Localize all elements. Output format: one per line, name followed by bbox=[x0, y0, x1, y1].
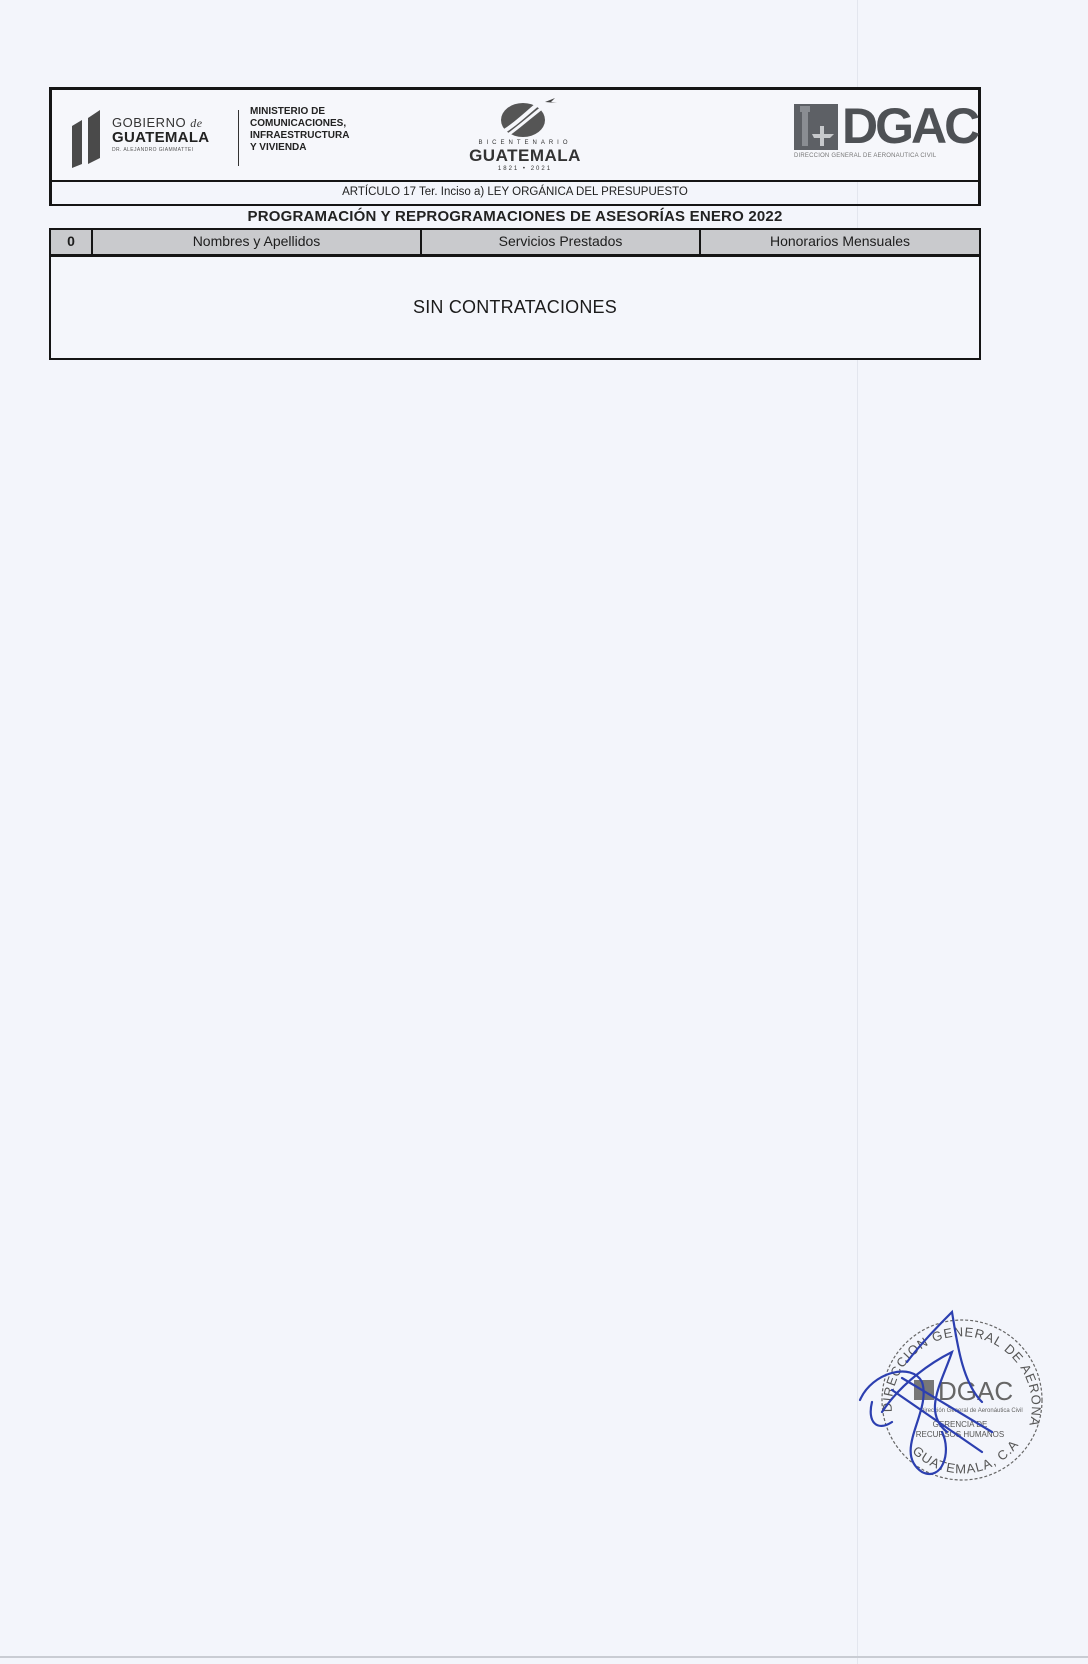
page-bottom-edge bbox=[0, 1656, 1088, 1658]
document-title: PROGRAMACIÓN Y REPROGRAMACIONES DE ASESO… bbox=[49, 206, 981, 228]
ministerio-name: MINISTERIO DE COMUNICACIONES, INFRAESTRU… bbox=[250, 106, 349, 154]
svg-text:DGAC: DGAC bbox=[938, 1376, 1013, 1406]
bicentenario-years: 1821 • 2021 bbox=[450, 166, 600, 172]
official-stamp-signature: DIRECCION GENERAL DE AERONAUTICA CIVIL G… bbox=[852, 1282, 1062, 1492]
column-header-servicios: Servicios Prestados bbox=[420, 230, 699, 254]
dgac-acronym: DGAC bbox=[842, 98, 977, 154]
dgac-tower-icon bbox=[794, 104, 838, 150]
stamp-icon: DIRECCION GENERAL DE AERONAUTICA CIVIL G… bbox=[852, 1282, 1044, 1480]
asesorias-table: 0 Nombres y Apellidos Servicios Prestado… bbox=[49, 228, 981, 360]
column-header-honorarios: Honorarios Mensuales bbox=[699, 230, 979, 254]
table-body: SIN CONTRATACIONES bbox=[51, 257, 979, 358]
gobierno-guatemala-logo: GOBIERNO de GUATEMALA DR. ALEJANDRO GIAM… bbox=[70, 102, 370, 172]
bicentenario-emblem-icon bbox=[485, 96, 565, 140]
column-header-nombres: Nombres y Apellidos bbox=[91, 230, 420, 254]
empty-message: SIN CONTRATACIONES bbox=[413, 297, 617, 318]
logo-divider bbox=[238, 110, 239, 166]
document: GOBIERNO de GUATEMALA DR. ALEJANDRO GIAM… bbox=[49, 87, 981, 360]
gobierno-bars-icon bbox=[70, 108, 104, 168]
gobierno-line3: DR. ALEJANDRO GIAMMATTEI bbox=[112, 147, 209, 153]
articulo-reference: ARTÍCULO 17 Ter. Inciso a) LEY ORGÁNICA … bbox=[49, 182, 981, 206]
dgac-logo: DGAC DIRECCION GENERAL DE AERONAUTICA CI… bbox=[794, 104, 954, 164]
bicentenario-logo: BICENTENARIO GUATEMALA 1821 • 2021 bbox=[450, 96, 610, 176]
gobierno-line2: GUATEMALA bbox=[112, 130, 209, 146]
column-header-number: 0 bbox=[51, 230, 91, 254]
table-header: 0 Nombres y Apellidos Servicios Prestado… bbox=[51, 230, 979, 257]
gobierno-de: de bbox=[190, 116, 202, 130]
dgac-full-name: DIRECCION GENERAL DE AERONAUTICA CIVIL bbox=[794, 153, 936, 159]
gobierno-line1: GOBIERNO bbox=[112, 115, 186, 130]
letterhead: GOBIERNO de GUATEMALA DR. ALEJANDRO GIAM… bbox=[49, 87, 981, 182]
bicentenario-name: GUATEMALA bbox=[450, 146, 600, 166]
